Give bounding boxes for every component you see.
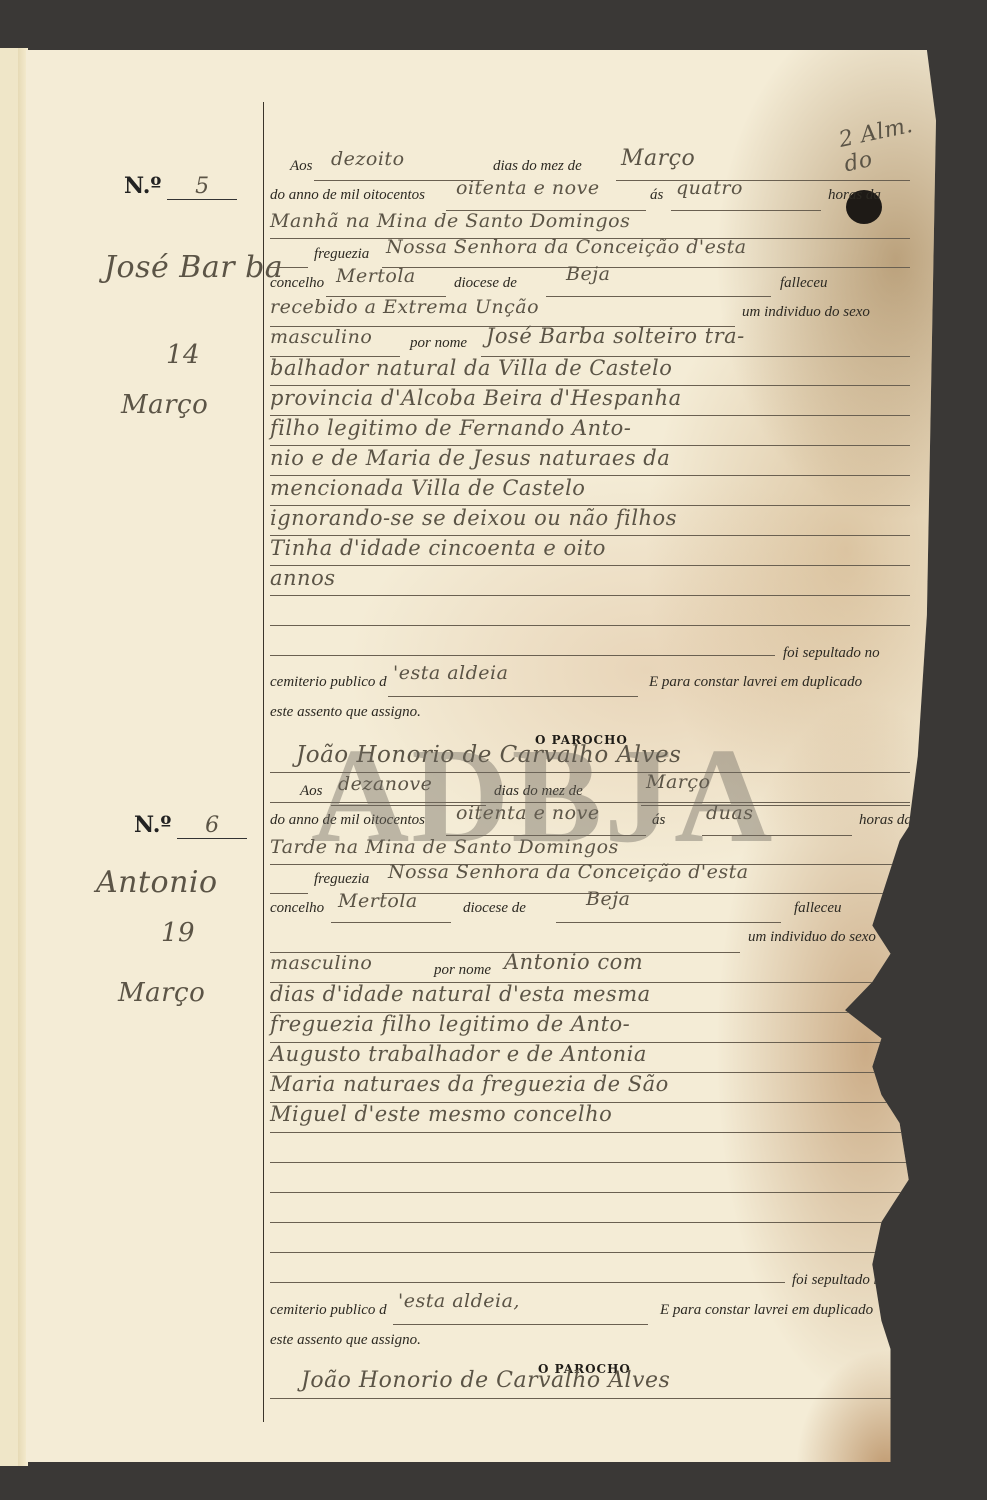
sacrament-line: recebido a Extrema Unção (270, 296, 539, 318)
margin-day: 14 (166, 340, 200, 370)
margin-name: Antonio (96, 865, 218, 900)
margin-month: Março (121, 390, 208, 420)
diocese-value: Beja (586, 888, 630, 910)
municipality-value: Mertola (336, 265, 416, 287)
margin-month: Março (118, 978, 205, 1008)
parish-value: Nossa Senhora da Conceição d'esta (386, 236, 747, 258)
diocese-value: Beja (566, 263, 610, 285)
corner-annotation: 2 Alm. do (837, 109, 940, 178)
year-value: oitenta e nove (456, 177, 600, 199)
register-page: 2 Alm. do N.º5 José Bar ba 14 Março Aos … (26, 50, 936, 1462)
margin-rule (263, 102, 264, 1422)
archive-watermark: ADBJA (311, 718, 774, 874)
sex-value: masculino (270, 952, 372, 974)
sex-value: masculino (270, 326, 372, 348)
municipality-value: Mertola (338, 890, 418, 912)
deceased-name: Antonio com (504, 950, 643, 974)
cemetery-value: 'esta aldeia, (398, 1290, 520, 1312)
cemetery-value: 'esta aldeia (393, 662, 508, 684)
hour-value: quatro (676, 177, 743, 199)
month-value: Março (621, 146, 695, 171)
priest-signature: João Honorio de Carvalho Alves (301, 1368, 670, 1393)
margin-day: 19 (161, 918, 195, 948)
margin-name: José Bar ba (104, 250, 283, 285)
deceased-name: José Barba solteiro tra- (486, 324, 745, 348)
entry-number: N.º5 (124, 173, 237, 200)
place-line: Manhã na Mina de Santo Domingos (270, 210, 630, 232)
day-value: dezoito (331, 148, 405, 170)
entry-number: N.º6 (134, 812, 247, 839)
